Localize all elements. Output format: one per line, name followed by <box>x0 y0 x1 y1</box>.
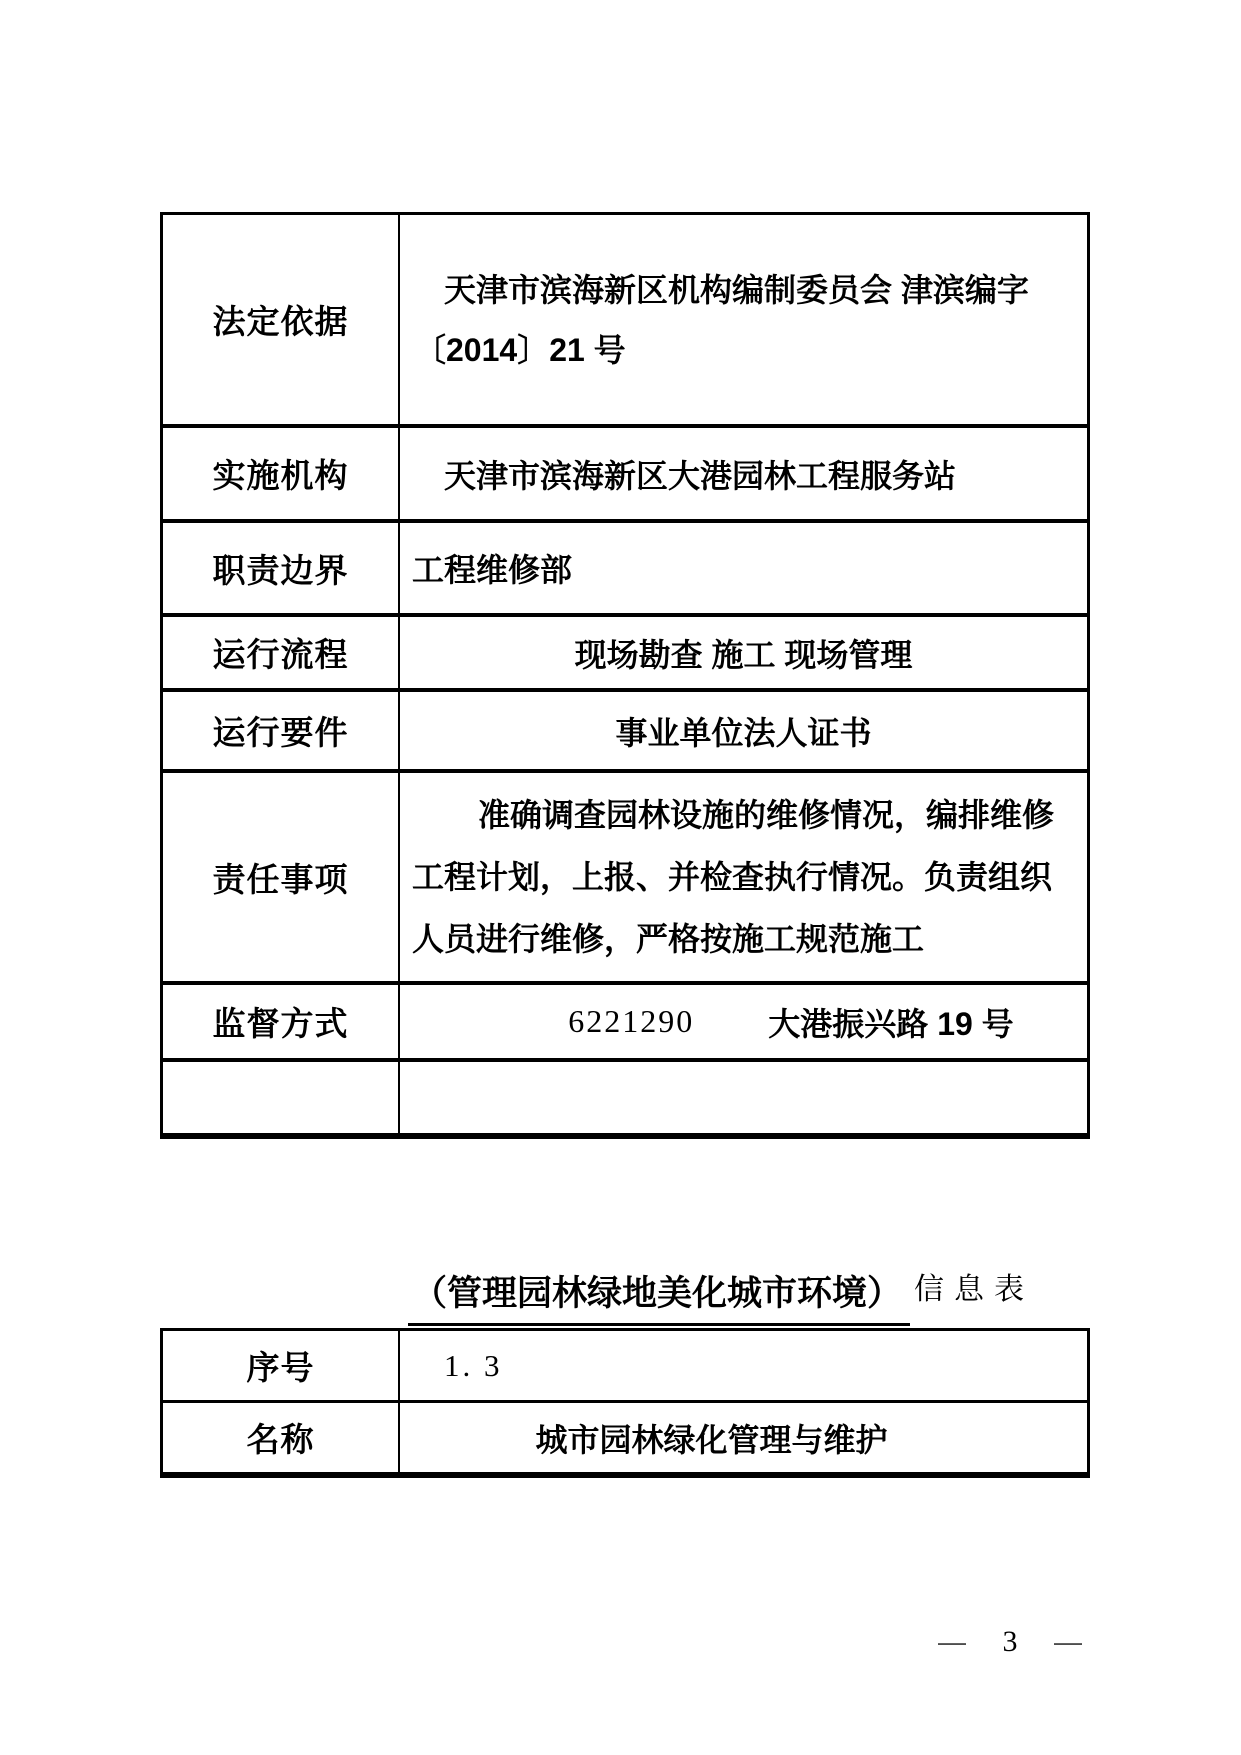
row-value: 准确调查园林设施的维修情况，编排维修 工程计划，上报、并检查执行情况。负责组织 … <box>400 773 1087 981</box>
row-label: 职责边界 <box>163 523 400 613</box>
row-label: 名称 <box>163 1403 400 1472</box>
row-label: 实施机构 <box>163 428 400 519</box>
table-row-legal-basis: 法定依据 天津市滨海新区机构编制委员会 津滨编字 〔2014〕21 号 <box>163 215 1087 428</box>
footer-dash-right: — <box>1054 1622 1082 1662</box>
table-row-supervision-method: 监督方式 6221290 大港振兴路 19 号 <box>163 985 1087 1062</box>
row-value: 工程维修部 <box>400 523 1087 613</box>
row-value: 天津市滨海新区大港园林工程服务站 <box>400 428 1087 519</box>
table-row-duty-boundary: 职责边界 工程维修部 <box>163 523 1087 617</box>
row-label: 监督方式 <box>163 985 400 1058</box>
value-line: 准确调查园林设施的维修情况，编排维修 <box>412 784 1075 846</box>
row-value: 天津市滨海新区机构编制委员会 津滨编字 〔2014〕21 号 <box>400 215 1087 424</box>
row-label: 运行流程 <box>163 617 400 688</box>
row-label <box>163 1062 400 1133</box>
row-value: 6221290 大港振兴路 19 号 <box>400 985 1087 1058</box>
supervision-phone: 6221290 <box>568 1003 694 1040</box>
table-row-serial-number: 序号 1. 3 <box>163 1331 1087 1403</box>
document-page: { "colors": { "background": "#ffffff", "… <box>0 0 1241 1755</box>
responsibility-paragraph: 准确调查园林设施的维修情况，编排维修 工程计划，上报、并检查执行情况。负责组织 … <box>400 784 1087 970</box>
duty-info-table: 法定依据 天津市滨海新区机构编制委员会 津滨编字 〔2014〕21 号 实施机构… <box>160 212 1090 1139</box>
page-number: 3 <box>1003 1625 1018 1659</box>
row-label: 责任事项 <box>163 773 400 981</box>
legal-basis-paragraph: 天津市滨海新区机构编制委员会 津滨编字 〔2014〕21 号 <box>400 260 1087 380</box>
page-footer: — 3 — <box>938 1622 1082 1662</box>
section-title-underlined: （管理园林绿地美化城市环境） <box>408 1266 910 1326</box>
row-label: 法定依据 <box>163 215 400 424</box>
table-row-name: 名称 城市园林绿化管理与维护 <box>163 1403 1087 1472</box>
value-line: 工程计划，上报、并检查执行情况。负责组织 <box>412 846 1075 908</box>
value-line: 天津市滨海新区机构编制委员会 津滨编字 <box>414 260 1073 320</box>
row-label: 序号 <box>163 1331 400 1400</box>
value-line: 〔2014〕21 号 <box>414 320 1073 380</box>
footer-dash-left: — <box>938 1622 966 1662</box>
table-row-implementing-agency: 实施机构 天津市滨海新区大港园林工程服务站 <box>163 428 1087 523</box>
row-value: 现场勘查 施工 现场管理 <box>400 617 1087 688</box>
table-row-responsibility-items: 责任事项 准确调查园林设施的维修情况，编排维修 工程计划，上报、并检查执行情况。… <box>163 773 1087 985</box>
section-title: （管理园林绿地美化城市环境）信息表 <box>408 1264 1034 1326</box>
row-value: 事业单位法人证书 <box>400 692 1087 769</box>
row-label: 运行要件 <box>163 692 400 769</box>
table-row-operation-requirements: 运行要件 事业单位法人证书 <box>163 692 1087 773</box>
section-title-suffix: 信息表 <box>914 1264 1034 1308</box>
row-value <box>400 1062 1087 1133</box>
supervision-address: 大港振兴路 19 号 <box>768 999 1013 1045</box>
value-line: 人员进行维修，严格按施工规范施工 <box>412 908 1075 970</box>
table-row-operation-process: 运行流程 现场勘查 施工 现场管理 <box>163 617 1087 692</box>
row-value: 1. 3 <box>400 1331 1087 1400</box>
table-row-empty <box>163 1062 1087 1133</box>
info-table: 序号 1. 3 名称 城市园林绿化管理与维护 <box>160 1328 1090 1478</box>
row-value: 城市园林绿化管理与维护 <box>400 1403 1087 1472</box>
